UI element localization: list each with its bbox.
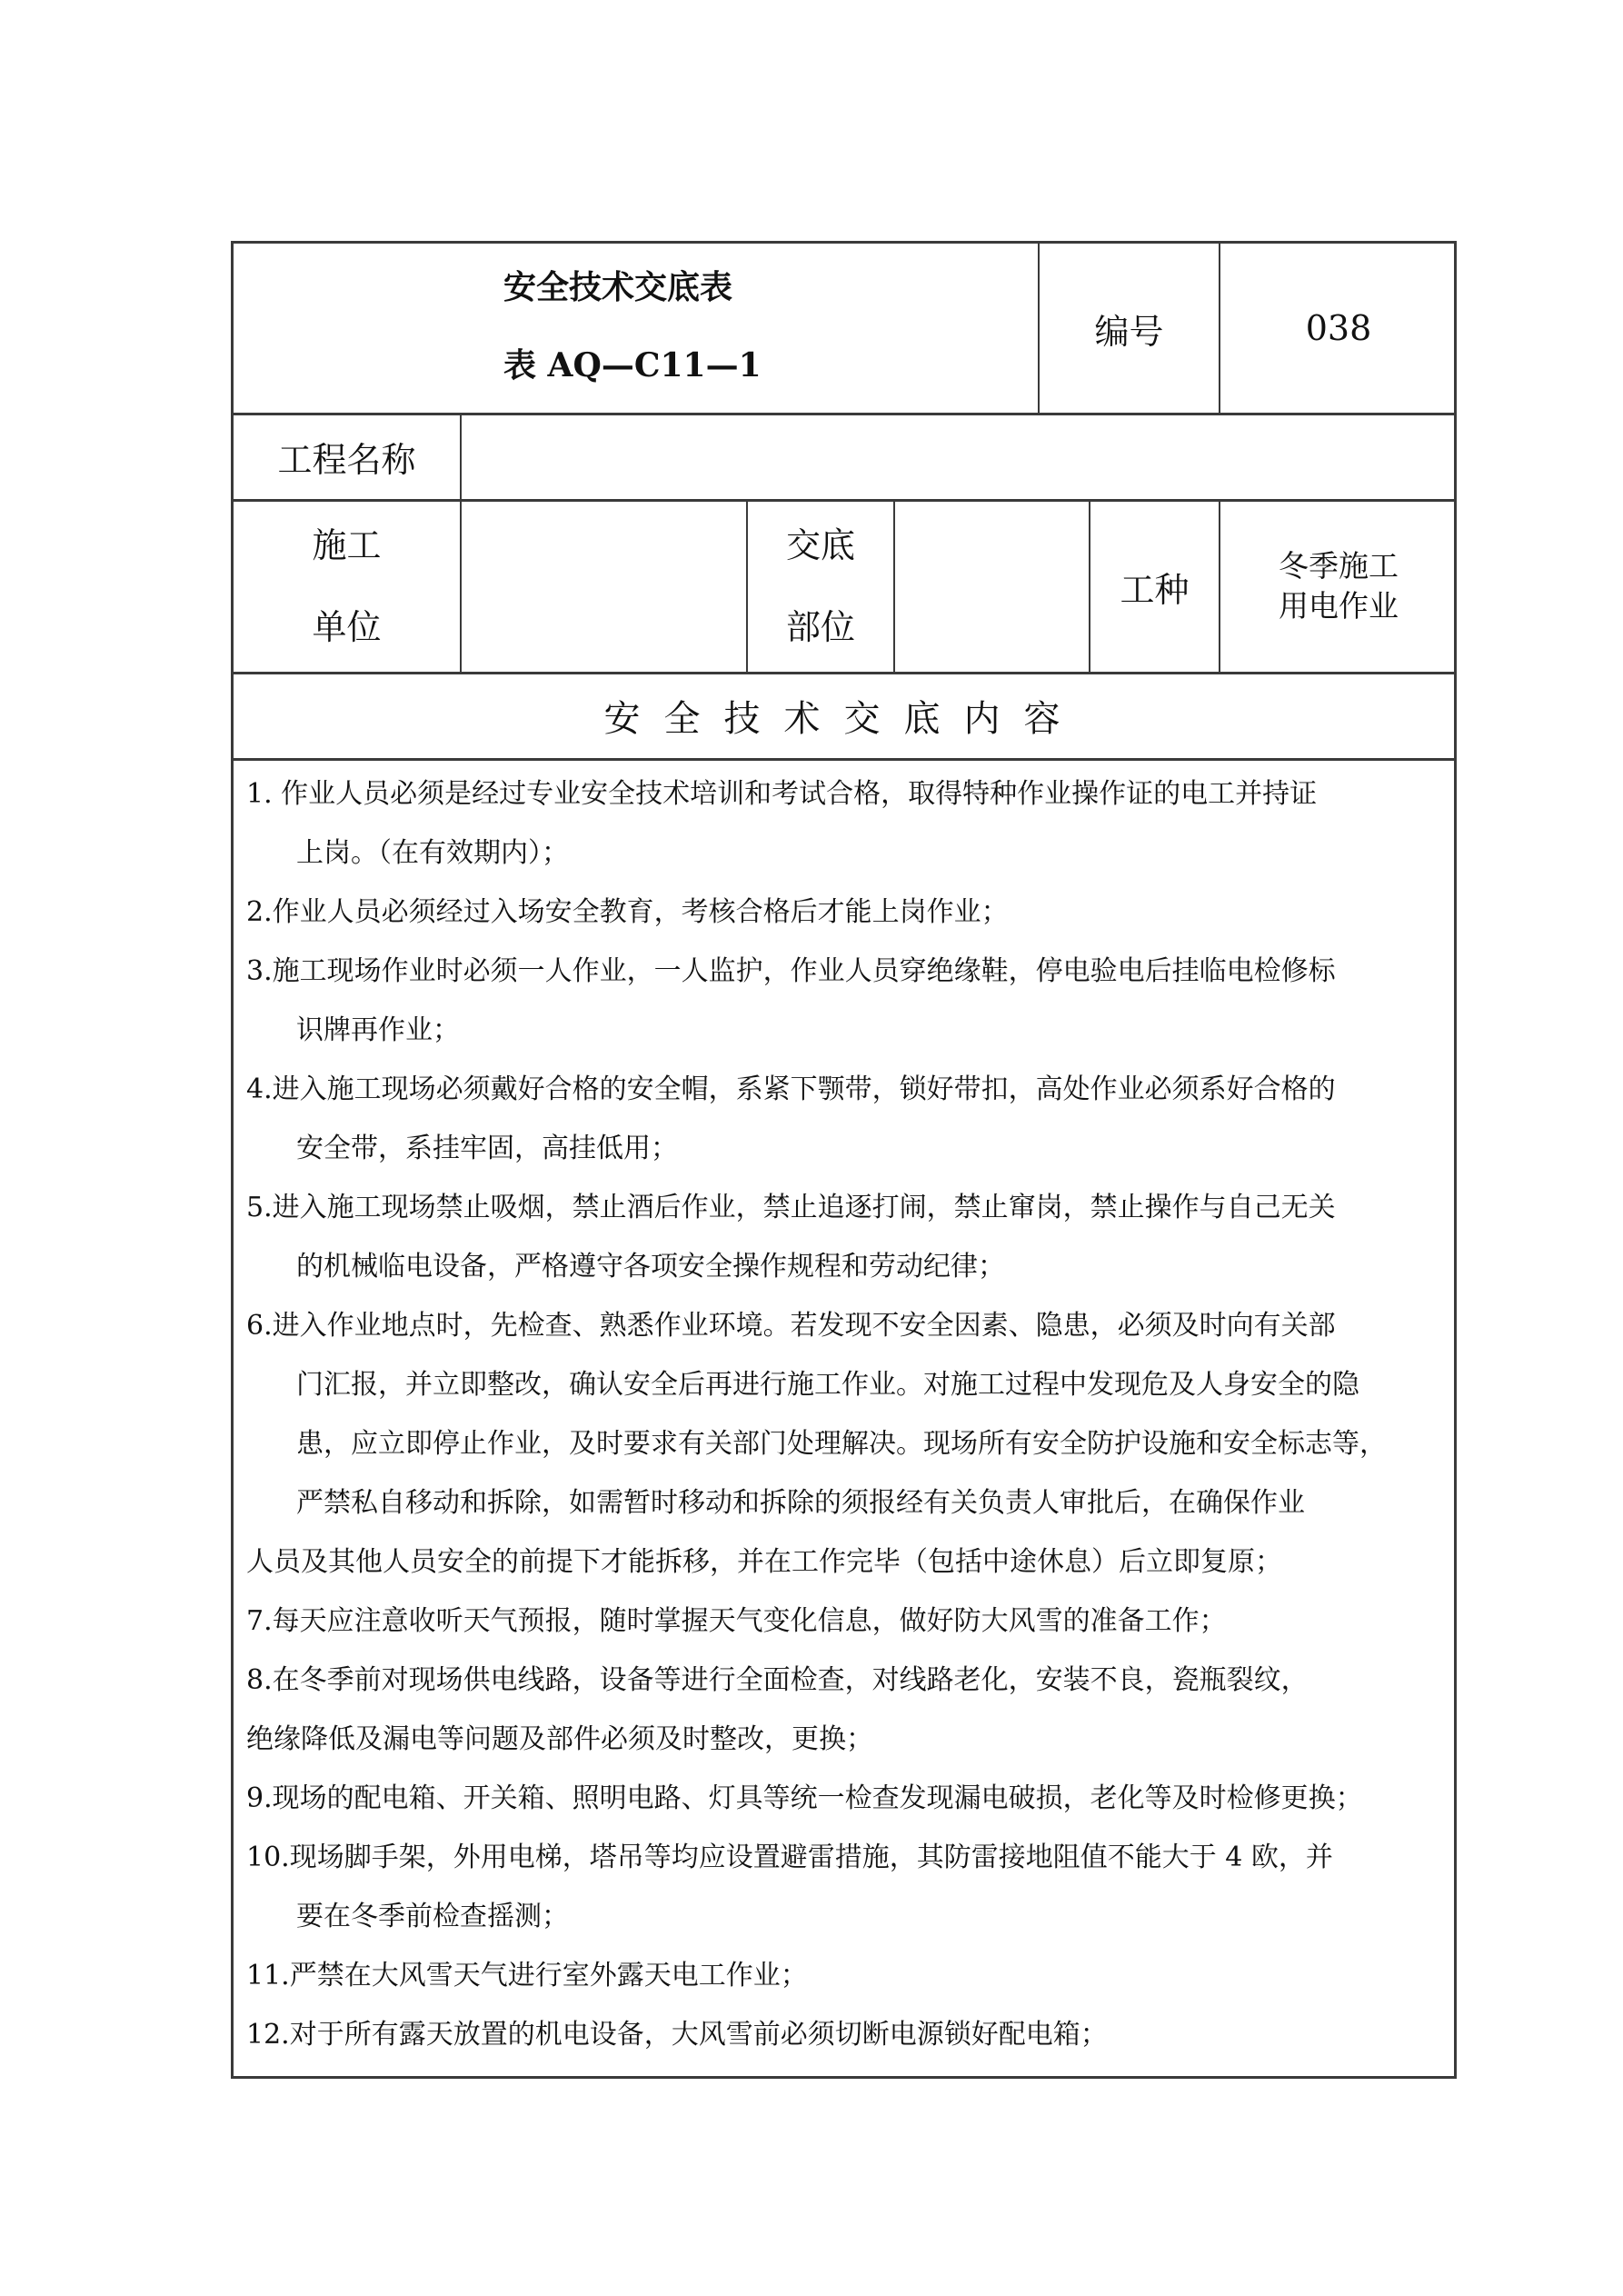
number-label: 编号: [1040, 244, 1219, 413]
content-line: 12.对于所有露天放置的机电设备，大风雪前必须切断电源锁好配电箱；: [246, 2005, 1441, 2064]
content-line: 患，应立即停止作业，及时要求有关部门处理解决。现场所有安全防护设施和安全标志等，: [246, 1414, 1441, 1473]
content-line: 6.进入作业地点时，先检查、熟悉作业环境。若发现不安全因素、隐患，必须及时向有关…: [246, 1296, 1441, 1355]
content-line: 4.进入施工现场必须戴好合格的安全帽，系紧下颚带，锁好带扣，高处作业必须系好合格…: [246, 1060, 1441, 1119]
content-line: 绝缘降低及漏电等问题及部件必须及时整改，更换；: [246, 1710, 1441, 1769]
content-line: 1. 作业人员必须是经过专业安全技术培训和考试合格，取得特种作业操作证的电工并持…: [246, 764, 1441, 824]
content-line: 人员及其他人员安全的前提下才能拆移，并在工作完毕（包括中途休息）后立即复原；: [246, 1532, 1441, 1592]
number-value: 038: [1220, 244, 1457, 413]
form-title: 安全技术交底表: [503, 262, 732, 308]
content-line: 8.在冬季前对现场供电线路，设备等进行全面检查，对线路老化，安装不良，瓷瓶裂纹，: [246, 1651, 1441, 1710]
content-line: 要在冬季前检查摇测；: [246, 1887, 1441, 1946]
briefing-part-label: 交底 部位: [748, 501, 893, 672]
value-line: 冬季施工: [1279, 546, 1399, 586]
content-line: 识牌再作业；: [246, 1001, 1441, 1060]
briefing-content: 1. 作业人员必须是经过专业安全技术培训和考试合格，取得特种作业操作证的电工并持…: [234, 764, 1454, 2064]
content-line: 上岗。（在有效期内）；: [246, 824, 1441, 883]
work-type-label: 工种: [1090, 501, 1219, 672]
construction-unit-field[interactable]: [462, 501, 746, 672]
content-line: 7.每天应注意收听天气预报，随时掌握天气变化信息，做好防大风雪的准备工作；: [246, 1592, 1441, 1651]
row-divider: [234, 758, 1454, 761]
safety-briefing-form: 安全技术交底表 表 AQ—C11—1 编号 038 工程名称 施工 单位 交底 …: [231, 241, 1457, 2079]
content-line: 安全带，系挂牢固，高挂低用；: [246, 1119, 1441, 1178]
content-line: 9.现场的配电箱、开关箱、照明电路、灯具等统一检查发现漏电破损，老化等及时检修更…: [246, 1769, 1441, 1828]
project-name-label: 工程名称: [234, 414, 460, 499]
content-line: 11.严禁在大风雪天气进行室外露天电工作业；: [246, 1946, 1441, 2005]
content-line: 10.现场脚手架，外用电梯，塔吊等均应设置避雷措施，其防雷接地阻值不能大于 4 …: [246, 1828, 1441, 1887]
content-line: 的机械临电设备，严格遵守各项安全操作规程和劳动纪律；: [246, 1237, 1441, 1296]
project-name-field[interactable]: [462, 414, 1457, 499]
section-title: 安全技术交底内容: [234, 674, 1454, 758]
work-type-value: 冬季施工 用电作业: [1220, 501, 1457, 672]
content-line: 3.施工现场作业时必须一人作业，一人监护，作业人员穿绝缘鞋，停电验电后挂临电检修…: [246, 942, 1441, 1001]
value-line: 用电作业: [1279, 586, 1399, 626]
label-line: 单位: [312, 610, 381, 644]
form-code: 表 AQ—C11—1: [503, 340, 762, 386]
label-line: 交底: [786, 528, 855, 563]
label-line: 部位: [786, 610, 855, 644]
form-title-block: 安全技术交底表 表 AQ—C11—1: [234, 244, 1041, 414]
label-line: 施工: [312, 528, 381, 563]
content-line: 5.进入施工现场禁止吸烟，禁止酒后作业，禁止追逐打闹，禁止窜岗，禁止操作与自己无…: [246, 1178, 1441, 1237]
content-line: 严禁私自移动和拆除，如需暂时移动和拆除的须报经有关负责人审批后，在确保作业: [246, 1473, 1441, 1532]
content-line: 门汇报，并立即整改，确认安全后再进行施工作业。对施工过程中发现危及人身安全的隐: [246, 1355, 1441, 1414]
content-line: 2.作业人员必须经过入场安全教育，考核合格后才能上岗作业；: [246, 883, 1441, 942]
construction-unit-label: 施工 单位: [234, 501, 460, 672]
briefing-part-field[interactable]: [895, 501, 1089, 672]
